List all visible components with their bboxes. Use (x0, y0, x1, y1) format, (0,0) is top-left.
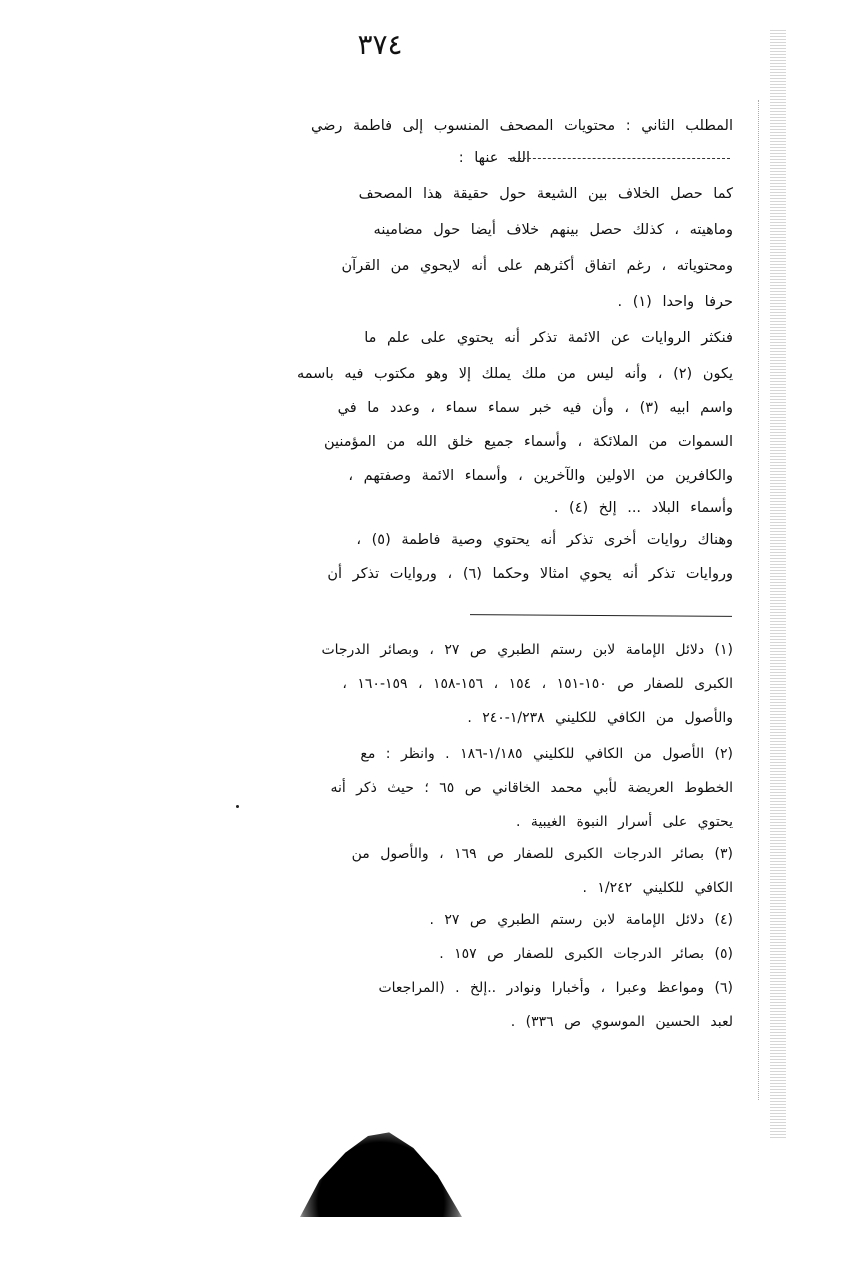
body-line: فنكثر الروايات عن الائمة تذكر أنه يحتوي … (364, 330, 733, 346)
scan-edge-line (758, 100, 760, 1100)
body-line: وروايات تذكر أنه يحوي امثالا وحكما (٦) ،… (327, 566, 733, 582)
footnote-line: (٥) بصائر الدرجات الكبرى للصفار ص ١٥٧ . (439, 946, 733, 962)
scan-edge-noise (770, 30, 786, 1140)
body-line: حرفا واحدا (١) . (617, 294, 733, 310)
body-line: السموات من الملائكة ، وأسماء جميع خلق ال… (324, 434, 733, 450)
body-line: ومحتوياته ، رغم اتفاق أكثرهم على أنه لاي… (342, 258, 733, 274)
body-line: وأسماء البلاد ... إلخ (٤) . (554, 500, 733, 516)
footnote-line: الكبرى للصفار ص ١٥٠-١٥١ ، ١٥٤ ، ١٥٦-١٥٨ … (342, 676, 733, 692)
footnote-line: يحتوي على أسرار النبوة الغيبية . (516, 814, 733, 830)
footnote-line: الكافي للكليني ١/٢٤٢ . (582, 880, 733, 896)
body-line: وماهيته ، كذلك حصل بينهم خلاف أيضا حول م… (374, 222, 733, 238)
footnote-line: (٦) ومواعظ وعبرا ، وأخبارا ونوادر ..إلخ … (378, 980, 733, 996)
footnote-line: والأصول من الكافي للكليني ١/٢٣٨-٢٤٠ . (467, 710, 733, 726)
footnote-line: لعبد الحسين الموسوي ص ٣٣٦) . (511, 1014, 733, 1030)
footnote-line: (٣) بصائر الدرجات الكبرى للصفار ص ١٦٩ ، … (352, 846, 733, 862)
footnote-line: الخطوط العريضة لأبي محمد الخاقاني ص ٦٥ ؛… (330, 780, 733, 796)
ink-blot (300, 1125, 462, 1217)
speck (236, 805, 239, 808)
body-line: يكون (٢) ، وأنه ليس من ملك يملك إلا وهو … (297, 366, 733, 382)
footnote-line: (١) دلائل الإمامة لابن رستم الطبري ص ٢٧ … (321, 642, 733, 658)
body-line: والكافرين من الاولين والآخرين ، وأسماء ا… (348, 468, 733, 484)
heading-dashed-rule (508, 158, 730, 159)
footnote-separator (470, 614, 732, 617)
page-number: ٣٧٤ (0, 28, 760, 61)
body-line: وهناك روايات أخرى تذكر أنه يحتوي وصية فا… (356, 532, 733, 548)
footnote-line: (٢) الأصول من الكافي للكليني ١/١٨٥-١٨٦ .… (360, 746, 733, 762)
body-line: واسم ابيه (٣) ، وأن فيه خبر سماء سماء ، … (338, 400, 733, 416)
body-line: كما حصل الخلاف بين الشيعة حول حقيقة هذا … (359, 186, 733, 202)
section-heading-line-1: المطلب الثاني : محتويات المصحف المنسوب إ… (311, 118, 733, 134)
footnote-line: (٤) دلائل الإمامة لابن رستم الطبري ص ٢٧ … (429, 912, 733, 928)
